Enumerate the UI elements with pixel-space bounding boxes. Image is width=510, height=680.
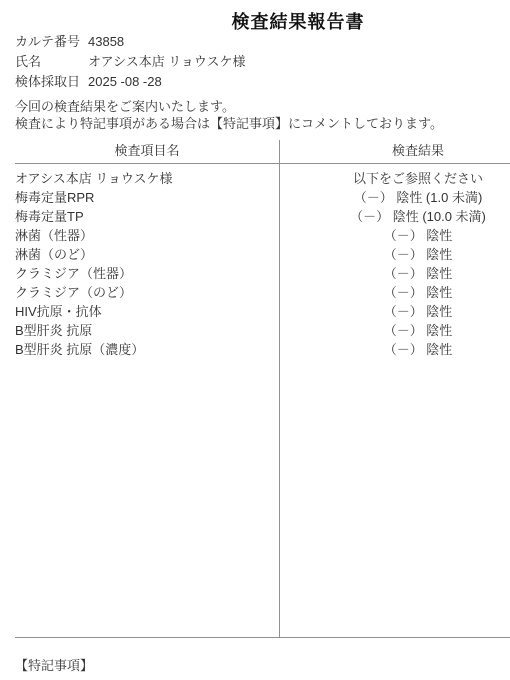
info-row-chart-number: カルテ番号 43858 <box>15 32 246 52</box>
table-row: 梅毒定量RPR （－） 陰性 (1.0 未満) <box>15 188 510 207</box>
item-cell: クラミジア（のど） <box>15 283 279 302</box>
table-row: B型肝炎 抗原 （－） 陰性 <box>15 321 510 340</box>
table-row: オアシス本店 リョウスケ様 以下をご参照ください <box>15 169 510 188</box>
item-cell: 淋菌（のど） <box>15 245 279 264</box>
table-body: オアシス本店 リョウスケ様 以下をご参照ください 梅毒定量RPR （－） 陰性 … <box>15 164 510 359</box>
table-row: 梅毒定量TP （－） 陰性 (10.0 未満) <box>15 207 510 226</box>
table-row: HIV抗原・抗体 （－） 陰性 <box>15 302 510 321</box>
result-cell: （－） 陰性 <box>279 302 510 321</box>
result-table: 検査項目名 検査結果 オアシス本店 リョウスケ様 以下をご参照ください 梅毒定量… <box>15 140 510 638</box>
name-value: オアシス本店 リョウスケ様 <box>88 52 246 72</box>
column-divider <box>279 140 280 637</box>
result-cell: （－） 陰性 <box>279 264 510 283</box>
item-cell: B型肝炎 抗原（濃度） <box>15 340 279 359</box>
item-cell: オアシス本店 リョウスケ様 <box>15 169 279 188</box>
item-cell: HIV抗原・抗体 <box>15 302 279 321</box>
page-title: 検査結果報告書 <box>15 12 510 33</box>
result-cell: （－） 陰性 <box>279 245 510 264</box>
sample-date-value: 2025 -08 -28 <box>88 72 162 92</box>
result-cell: （－） 陰性 <box>279 321 510 340</box>
name-label: 氏名 <box>15 52 88 72</box>
table-row: クラミジア（のど） （－） 陰性 <box>15 283 510 302</box>
table-row: クラミジア（性器） （－） 陰性 <box>15 264 510 283</box>
table-row: B型肝炎 抗原（濃度） （－） 陰性 <box>15 340 510 359</box>
info-row-sample-date: 検体採取日 2025 -08 -28 <box>15 72 246 92</box>
item-cell: B型肝炎 抗原 <box>15 321 279 340</box>
report-document: 検査結果報告書 カルテ番号 43858 氏名 オアシス本店 リョウスケ様 検体採… <box>15 0 510 680</box>
intro-line-2: 検査により特記事項がある場合は【特記事項】にコメントしております。 <box>15 115 443 132</box>
result-cell: （－） 陰性 <box>279 340 510 359</box>
info-row-name: 氏名 オアシス本店 リョウスケ様 <box>15 52 246 72</box>
chart-number-label: カルテ番号 <box>15 32 88 52</box>
table-row: 淋菌（性器） （－） 陰性 <box>15 226 510 245</box>
result-cell: （－） 陰性 <box>279 283 510 302</box>
sample-date-label: 検体採取日 <box>15 72 88 92</box>
column-header-result: 検査結果 <box>279 140 510 163</box>
special-notes-label: 【特記事項】 <box>15 657 93 675</box>
table-header-row: 検査項目名 検査結果 <box>15 140 510 164</box>
table-row: 淋菌（のど） （－） 陰性 <box>15 245 510 264</box>
result-cell: 以下をご参照ください <box>279 169 510 188</box>
item-cell: 梅毒定量RPR <box>15 188 279 207</box>
intro-line-1: 今回の検査結果をご案内いたします。 <box>15 98 443 115</box>
item-cell: クラミジア（性器） <box>15 264 279 283</box>
result-cell: （－） 陰性 (10.0 未満) <box>279 207 510 226</box>
item-cell: 淋菌（性器） <box>15 226 279 245</box>
intro-text: 今回の検査結果をご案内いたします。 検査により特記事項がある場合は【特記事項】に… <box>15 98 443 132</box>
result-cell: （－） 陰性 (1.0 未満) <box>279 188 510 207</box>
result-cell: （－） 陰性 <box>279 226 510 245</box>
chart-number-value: 43858 <box>88 32 124 52</box>
column-header-item: 検査項目名 <box>15 140 279 163</box>
patient-info: カルテ番号 43858 氏名 オアシス本店 リョウスケ様 検体採取日 2025 … <box>15 32 246 92</box>
item-cell: 梅毒定量TP <box>15 207 279 226</box>
